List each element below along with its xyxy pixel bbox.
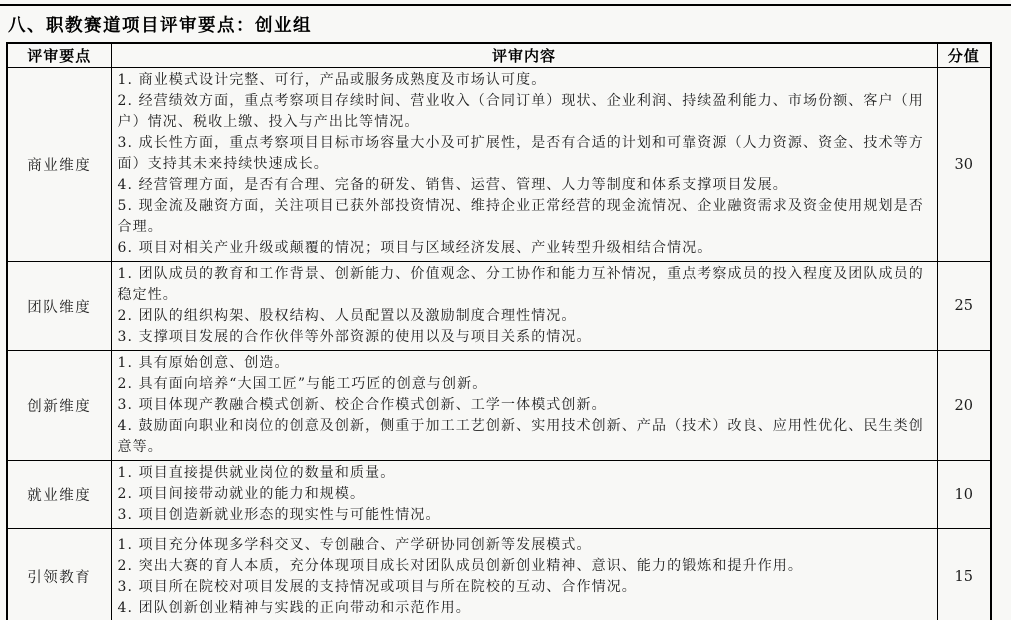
review-item: 5. 现金流及融资方面，关注项目已获外部投资情况、维持企业正常经营的现金流情况、… bbox=[118, 196, 931, 238]
criteria-content: 1. 项目充分体现多学科交叉、专创融合、产学研协同创新等发展模式。 2. 突出大… bbox=[111, 529, 937, 620]
criteria-content: 1. 具有原始创意、创造。 2. 具有面向培养“大国工匠”与能工巧匠的创意与创新… bbox=[111, 351, 937, 461]
header-score: 分值 bbox=[937, 43, 991, 68]
score-value: 15 bbox=[937, 529, 991, 620]
page-title: 八、职教赛道项目评审要点：创业组 bbox=[8, 12, 312, 37]
criteria-name: 团队维度 bbox=[7, 262, 111, 351]
review-item: 3. 项目创造新就业形态的现实性与可能性情况。 bbox=[118, 505, 931, 526]
review-item: 1. 团队成员的教育和工作背景、创新能力、价值观念、分工协作和能力互补情况，重点… bbox=[118, 264, 931, 306]
review-item: 4. 鼓励面向职业和岗位的创意及创新，侧重于加工工艺创新、实用技术创新、产品（技… bbox=[118, 416, 931, 458]
review-item: 4. 团队创新创业精神与实践的正向带动和示范作用。 bbox=[118, 598, 931, 619]
table-row-business: 商业维度 1. 商业模式设计完整、可行，产品或服务成熟度及市场认可度。 2. 经… bbox=[7, 68, 991, 262]
review-item: 2. 团队的组织构架、股权结构、人员配置以及激励制度合理性情况。 bbox=[118, 306, 931, 327]
review-item: 1. 具有原始创意、创造。 bbox=[118, 353, 931, 374]
review-item: 2. 项目间接带动就业的能力和规模。 bbox=[118, 484, 931, 505]
document-page: 八、职教赛道项目评审要点：创业组 评审要点 评审内容 分值 商业维度 1. 商业… bbox=[0, 0, 1011, 620]
table-row-innovation: 创新维度 1. 具有原始创意、创造。 2. 具有面向培养“大国工匠”与能工巧匠的… bbox=[7, 351, 991, 461]
review-item: 3. 成长性方面，重点考察项目目标市场容量大小及可扩展性，是否有合适的计划和可靠… bbox=[118, 133, 931, 175]
review-item: 3. 支撑项目发展的合作伙伴等外部资源的使用以及与项目关系的情况。 bbox=[118, 327, 931, 348]
table-row-education: 引领教育 1. 项目充分体现多学科交叉、专创融合、产学研协同创新等发展模式。 2… bbox=[7, 529, 991, 620]
criteria-content: 1. 商业模式设计完整、可行，产品或服务成熟度及市场认可度。 2. 经营绩效方面… bbox=[111, 68, 937, 262]
review-item: 6. 项目对相关产业升级或颠覆的情况；项目与区域经济发展、产业转型升级相结合情况… bbox=[118, 238, 931, 259]
review-item: 2. 经营绩效方面，重点考察项目存续时间、营业收入（合同订单）现状、企业利润、持… bbox=[118, 91, 931, 133]
review-item: 3. 项目所在院校对项目发展的支持情况或项目与所在院校的互动、合作情况。 bbox=[118, 577, 931, 598]
review-item: 4. 经营管理方面，是否有合理、完备的研发、销售、运营、管理、人力等制度和体系支… bbox=[118, 175, 931, 196]
review-item: 2. 具有面向培养“大国工匠”与能工巧匠的创意与创新。 bbox=[118, 374, 931, 395]
review-criteria-table: 评审要点 评审内容 分值 商业维度 1. 商业模式设计完整、可行，产品或服务成熟… bbox=[6, 42, 992, 620]
score-value: 30 bbox=[937, 68, 991, 262]
review-item: 1. 项目直接提供就业岗位的数量和质量。 bbox=[118, 463, 931, 484]
criteria-name: 创新维度 bbox=[7, 351, 111, 461]
criteria-name: 引领教育 bbox=[7, 529, 111, 620]
table-row-team: 团队维度 1. 团队成员的教育和工作背景、创新能力、价值观念、分工协作和能力互补… bbox=[7, 262, 991, 351]
review-item: 3. 项目体现产教融合模式创新、校企合作模式创新、工学一体模式创新。 bbox=[118, 395, 931, 416]
header-review-point: 评审要点 bbox=[7, 43, 111, 68]
review-item: 1. 商业模式设计完整、可行，产品或服务成熟度及市场认可度。 bbox=[118, 70, 931, 91]
criteria-content: 1. 项目直接提供就业岗位的数量和质量。 2. 项目间接带动就业的能力和规模。 … bbox=[111, 461, 937, 529]
score-value: 25 bbox=[937, 262, 991, 351]
criteria-name: 商业维度 bbox=[7, 68, 111, 262]
review-item: 2. 突出大赛的育人本质，充分体现项目成长对团队成员创新创业精神、意识、能力的锻… bbox=[118, 556, 931, 577]
table-row-employment: 就业维度 1. 项目直接提供就业岗位的数量和质量。 2. 项目间接带动就业的能力… bbox=[7, 461, 991, 529]
header-review-content: 评审内容 bbox=[111, 43, 937, 68]
score-value: 10 bbox=[937, 461, 991, 529]
criteria-name: 就业维度 bbox=[7, 461, 111, 529]
table-header-row: 评审要点 评审内容 分值 bbox=[7, 43, 991, 68]
review-item: 1. 项目充分体现多学科交叉、专创融合、产学研协同创新等发展模式。 bbox=[118, 535, 931, 556]
criteria-content: 1. 团队成员的教育和工作背景、创新能力、价值观念、分工协作和能力互补情况，重点… bbox=[111, 262, 937, 351]
score-value: 20 bbox=[937, 351, 991, 461]
top-divider bbox=[0, 4, 1011, 6]
